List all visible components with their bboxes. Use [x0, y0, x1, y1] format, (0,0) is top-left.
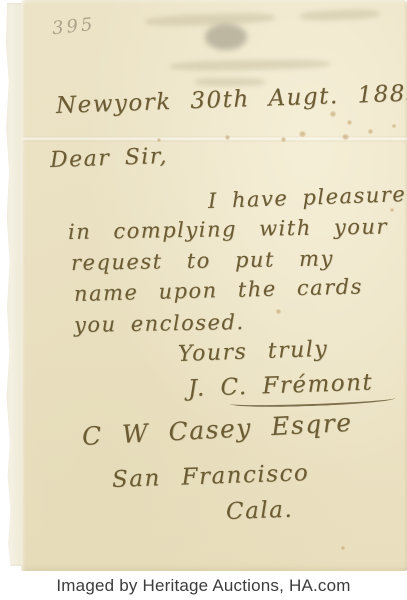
foxing-spot: [157, 138, 161, 142]
recipient-state-line: Cala.: [226, 497, 294, 525]
bleed-through-smudge: [195, 78, 265, 86]
foxing-spot: [392, 124, 396, 128]
caption-strip: Imaged by Heritage Auctions, HA.com: [0, 571, 407, 600]
foxing-spot: [299, 131, 306, 137]
letter-salutation: Dear Sir,: [50, 144, 169, 173]
fold-crease: [22, 136, 407, 142]
foxing-spot: [347, 120, 352, 125]
foxing-spot: [281, 137, 286, 142]
auction-house-caption: Imaged by Heritage Auctions, HA.com: [56, 576, 350, 596]
foxing-spot: [368, 129, 373, 134]
foxing-spot: [276, 309, 281, 314]
letter-body-line: request to put my: [71, 246, 334, 275]
pencil-number: 395: [51, 14, 96, 39]
foxing-spot: [341, 546, 345, 550]
foxing-spot: [330, 111, 336, 117]
ink-smudge: [205, 24, 247, 50]
letter-closing: Yours truly: [178, 337, 329, 367]
foxing-spot: [225, 135, 230, 140]
letter-body-line: you enclosed.: [74, 310, 245, 337]
foxing-spot: [390, 208, 394, 212]
foxing-spot: [342, 134, 349, 140]
letter-photograph: 395 Newyork 30th Augt. 1885 Dear Sir, I …: [0, 0, 407, 600]
